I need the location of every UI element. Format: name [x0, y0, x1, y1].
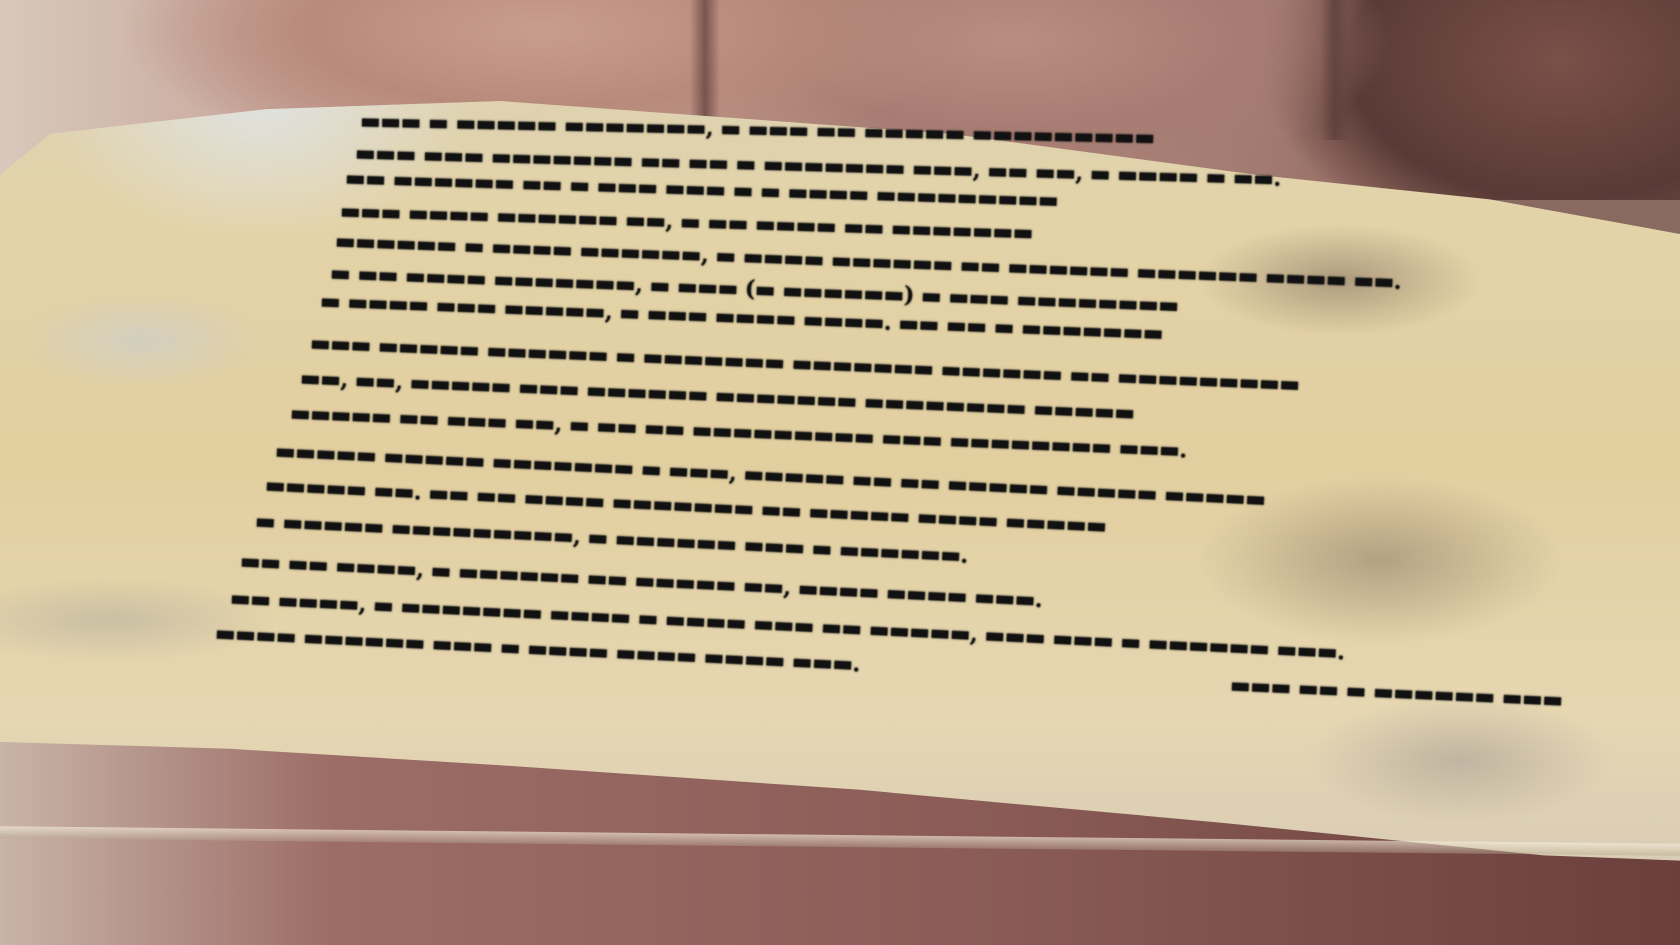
photo-scene: ▬▬▬ ▬ ▬▬▬▬▬ ▬▬▬▬▬▬▬, ▬ ▬▬▬ ▬▬ ▬▬▬▬▬ ▬▬▬▬…	[0, 0, 1680, 945]
text-line: ▬▬▬ ▬▬ ▬ ▬▬▬▬▬▬ ▬▬▬	[1229, 672, 1563, 713]
printed-text-block: ▬▬▬ ▬ ▬▬▬▬▬ ▬▬▬▬▬▬▬, ▬ ▬▬▬ ▬▬ ▬▬▬▬▬ ▬▬▬▬…	[0, 0, 1680, 945]
